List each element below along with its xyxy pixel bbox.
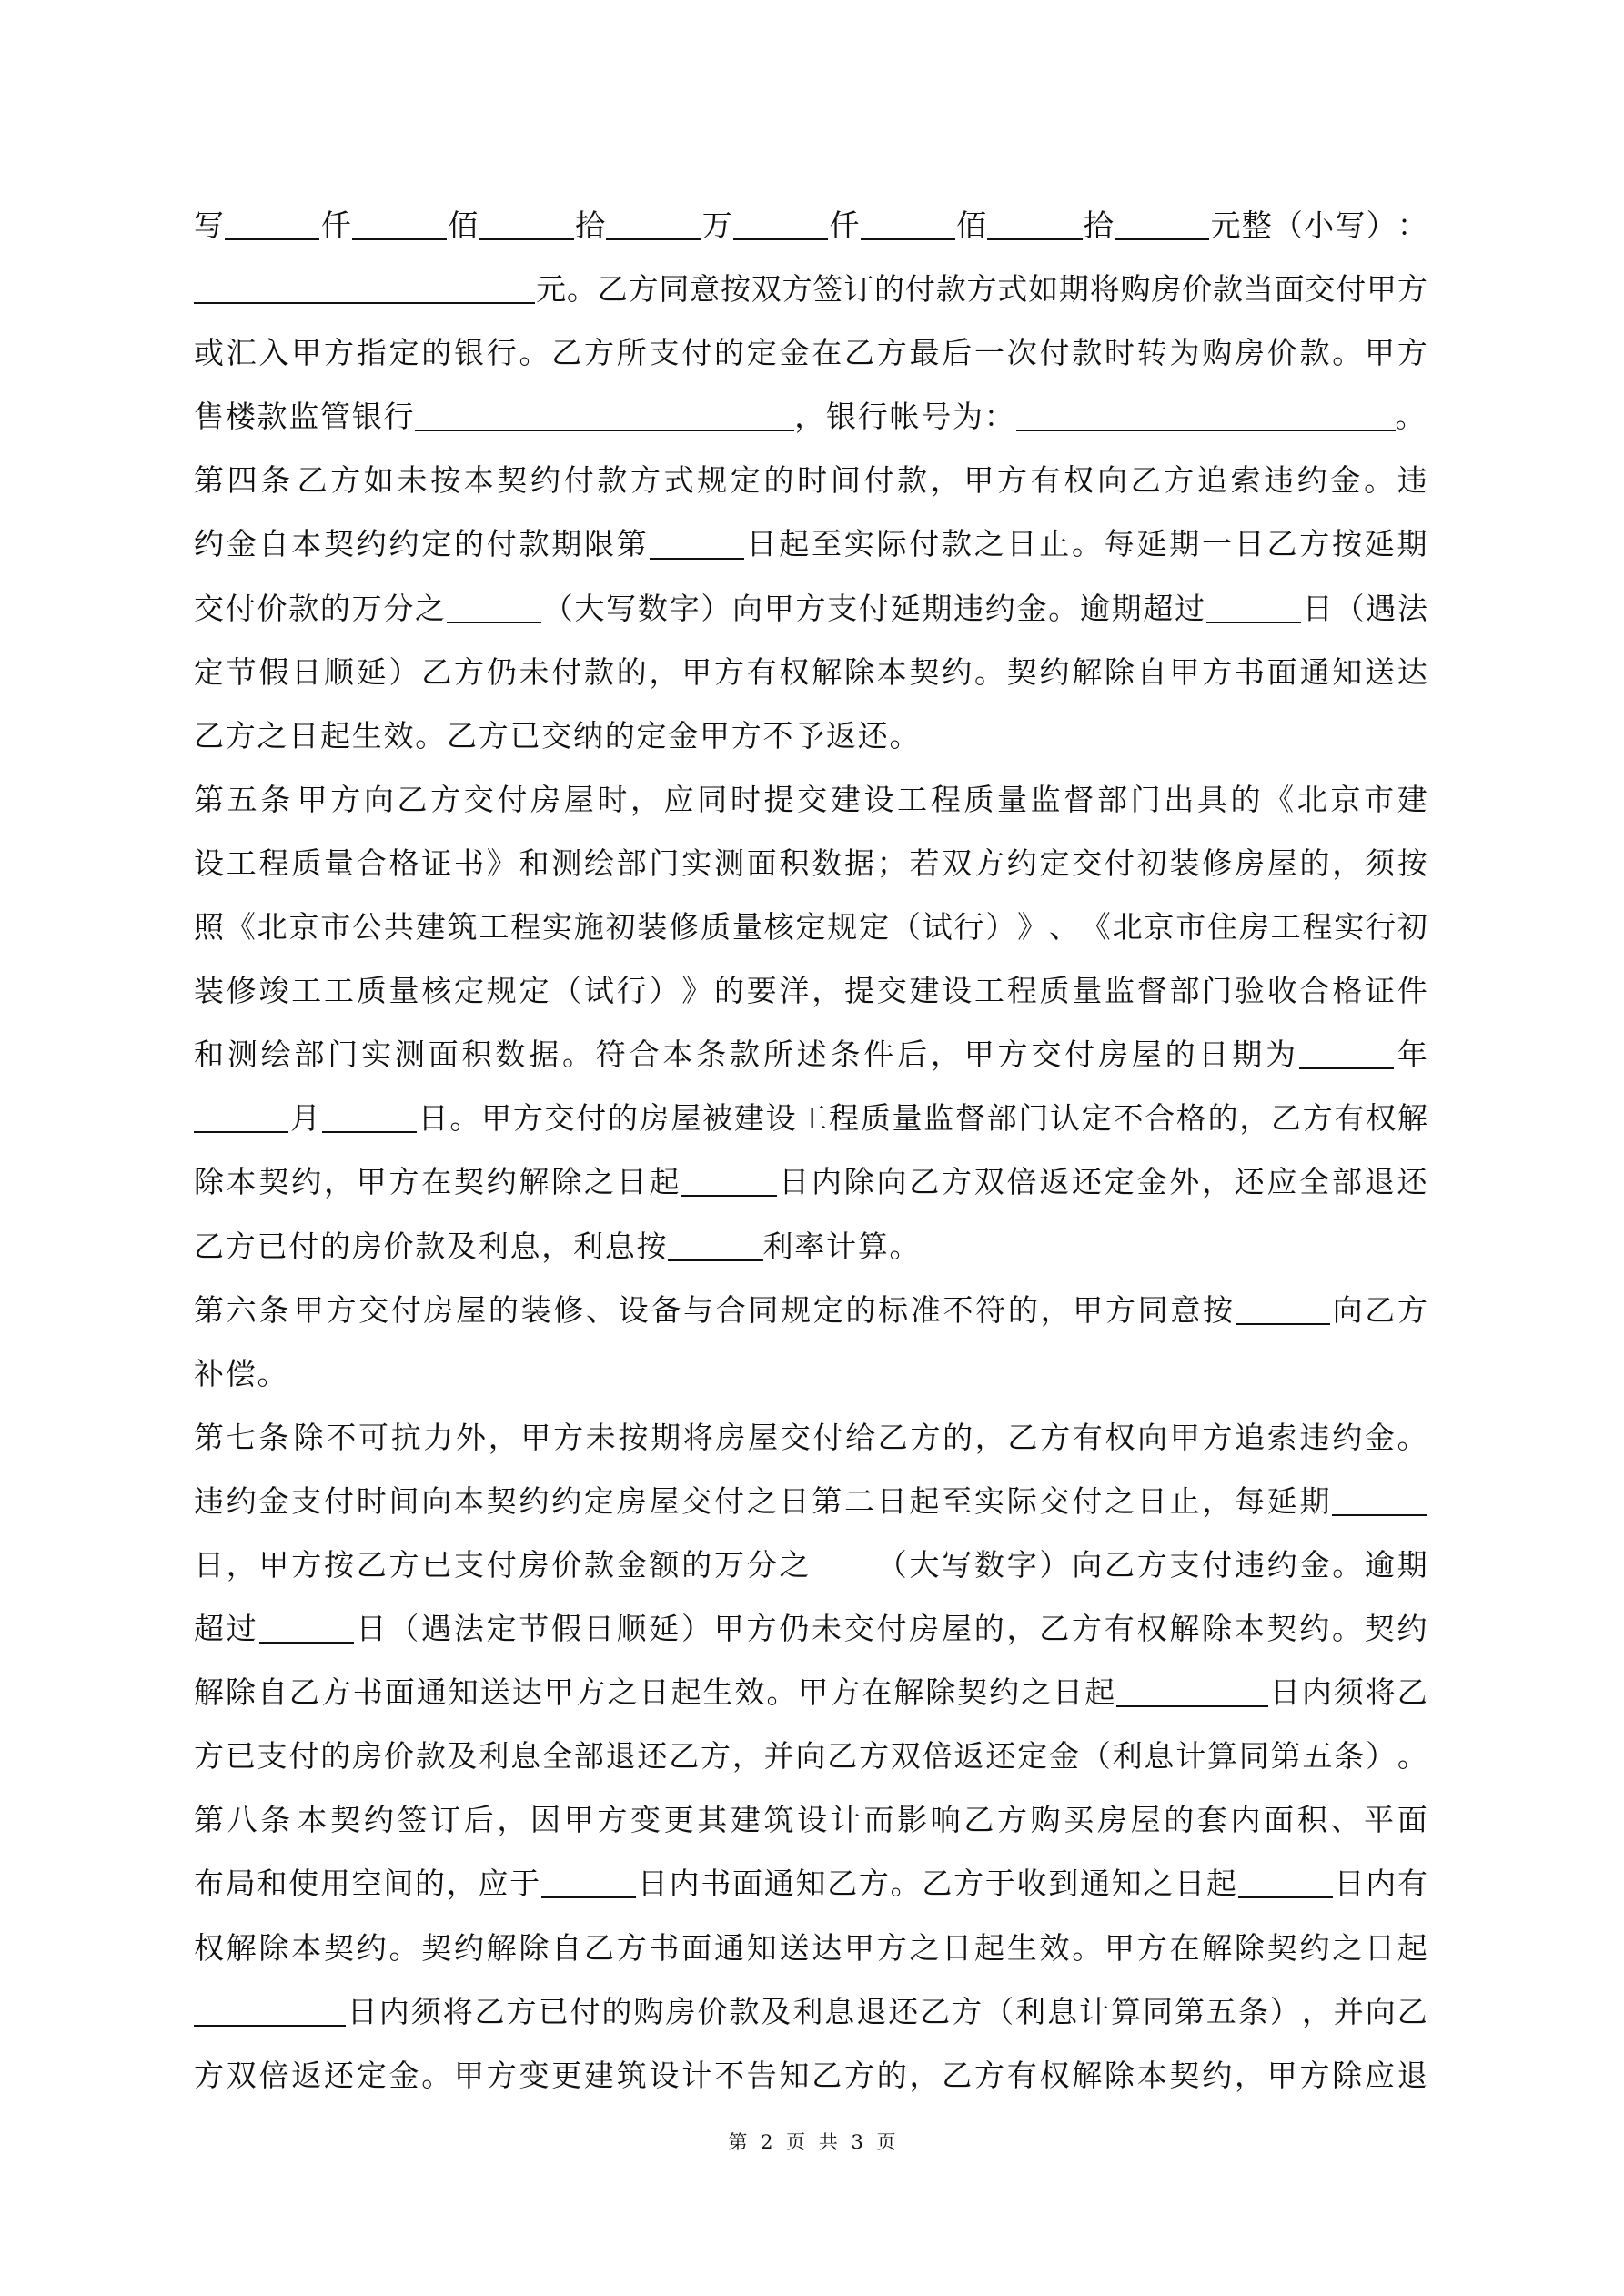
text-char: 交 [781, 1406, 811, 1470]
fill-in-blank[interactable] [1236, 1323, 1330, 1325]
text-char: 双 [227, 2044, 257, 2108]
text-char: 面 [732, 1852, 762, 1916]
fill-in-blank[interactable] [479, 238, 574, 240]
text-char: 付 [905, 258, 935, 321]
text-char: 生 [703, 1661, 733, 1725]
text-char: 日 [584, 1597, 614, 1661]
text-char: 。 [1364, 449, 1394, 512]
text-char: 于 [509, 1852, 540, 1916]
text-char: 购 [1121, 258, 1151, 321]
text-char: 止 [1170, 1470, 1200, 1533]
text-char: 甲 [520, 1406, 550, 1470]
fill-in-blank[interactable] [1115, 238, 1209, 240]
text-char: 银 [826, 385, 858, 449]
text-char: 外 [456, 1406, 486, 1470]
text-char: 的 [605, 704, 637, 768]
text-char: 期 [1397, 512, 1427, 576]
fill-in-blank[interactable] [352, 238, 447, 240]
text-char: 甲 [564, 1788, 594, 1852]
text-char: 转 [1137, 321, 1167, 385]
text-char: 日 [288, 704, 320, 768]
text-char: 后 [464, 1788, 494, 1852]
fill-in-blank[interactable] [650, 558, 744, 560]
text-char: 签 [812, 258, 842, 321]
text-char: 自 [257, 1661, 287, 1725]
text-char: 契 [487, 1470, 517, 1533]
text-char: 筑 [448, 895, 478, 959]
text-char: 金 [668, 704, 700, 768]
text-char: 。 [389, 1917, 419, 1980]
text-char: 实 [974, 1470, 1004, 1533]
text-char: 试 [584, 959, 614, 1023]
text-char: 日 [348, 1980, 378, 2044]
text-char: 法 [1397, 577, 1427, 641]
text-char: 六 [227, 1279, 257, 1342]
text-char: 工 [479, 895, 509, 959]
text-char: 契 [1007, 641, 1037, 704]
text-char: 还 [324, 2044, 354, 2108]
text-char: 权 [1137, 1597, 1167, 1661]
text-char: 核 [764, 895, 794, 959]
text-char: 实 [1334, 895, 1364, 959]
text-char: 除 [551, 1150, 581, 1214]
text-char: 设 [650, 2044, 680, 2108]
fill-in-blank[interactable] [733, 238, 828, 240]
text-char: 契 [1267, 1597, 1297, 1661]
text-char: 息 [510, 1725, 540, 1788]
text-line: 除本契约，甲方在契约解除之日起日内除向乙方双倍返还定金外，还应全部退还 [194, 1150, 1427, 1214]
text-char: 算 [1111, 1980, 1141, 2044]
text-char: 日 [194, 1533, 224, 1597]
text-char: 期 [1232, 1023, 1262, 1087]
text-char: 按 [324, 1533, 354, 1597]
fill-in-blank[interactable] [1206, 622, 1301, 623]
text-char: 的 [415, 1852, 445, 1916]
text-char: 知 [780, 2044, 810, 2108]
text-char: 设 [766, 1087, 796, 1150]
text-char: 房 [424, 1279, 454, 1342]
text-char: 拾 [1084, 194, 1114, 258]
text-char: 生 [352, 704, 384, 768]
fill-in-blank[interactable] [225, 238, 319, 240]
text-char: 合 [357, 832, 387, 895]
text-char: 方 [859, 1725, 889, 1788]
text-char: 方 [997, 1788, 1027, 1852]
text-char: 款 [730, 1023, 760, 1087]
text-char: 空 [352, 1852, 382, 1916]
text-char: 。 [415, 704, 447, 768]
text-char: 用 [320, 1852, 350, 1916]
text-char: 乙 [942, 2044, 972, 2108]
text-char: 方 [513, 1087, 543, 1150]
text-char: 约 [194, 512, 224, 576]
text-char: 方 [1137, 1533, 1167, 1597]
text-char: 内 [379, 1980, 409, 2044]
text-char: 七 [227, 1406, 257, 1470]
text-char: 。 [1332, 1533, 1362, 1597]
text-char: 条 [830, 1023, 860, 1087]
text-char: 退 [1397, 2044, 1427, 2108]
fill-in-blank[interactable] [447, 622, 541, 623]
text-char: 方 [1040, 1406, 1070, 1470]
text-char: 同 [1239, 1725, 1269, 1788]
fill-in-blank[interactable] [322, 1131, 417, 1133]
fill-in-blank[interactable] [194, 302, 535, 304]
text-char: 交 [877, 959, 907, 1023]
text-char: 。 [891, 1852, 921, 1916]
text-char: 变 [630, 1788, 661, 1852]
text-char: 京 [1330, 768, 1360, 832]
text-char: 契 [910, 641, 940, 704]
text-char: 除 [259, 1917, 289, 1980]
fill-in-blank[interactable] [541, 1896, 636, 1898]
text-char: 甲 [294, 1279, 324, 1342]
text-char: 甲 [544, 1661, 574, 1725]
text-char: ； [877, 832, 907, 895]
text-char: 假 [551, 1597, 581, 1661]
text-char: 顺 [617, 1597, 647, 1661]
text-char: 偿 [226, 1342, 257, 1406]
text-char: 银 [352, 385, 384, 449]
text-line: 写仟佰拾万仟佰拾元整（小写）： [194, 194, 1427, 258]
text-char: 约 [530, 449, 560, 512]
text-char: 付 [288, 1215, 320, 1279]
text-char: 逾 [1080, 577, 1110, 641]
text-char: 设 [619, 1279, 649, 1342]
text-char: 还 [1397, 1150, 1427, 1214]
text-char: 方 [291, 1533, 321, 1597]
text-char: 契 [1170, 2044, 1200, 2108]
text-char: 约 [1297, 449, 1327, 512]
text-char: 付 [551, 641, 581, 704]
text-char: 部 [617, 832, 647, 895]
text-line: 照《北京市公共建筑工程实施初装修质量核定规定（试行）》、《北京市住房工程实行初 [194, 895, 1427, 959]
text-char: 量 [997, 768, 1027, 832]
text-char: 条 [258, 1406, 288, 1470]
text-char: 书 [1235, 641, 1265, 704]
text-char: 起 [1084, 1661, 1115, 1725]
fill-in-blank[interactable] [194, 1131, 288, 1133]
fill-in-blank[interactable] [1238, 1896, 1333, 1898]
text-char: 按 [618, 1406, 648, 1470]
text-char: 间 [389, 1470, 419, 1533]
text-char: 款 [415, 1215, 447, 1279]
text-char: 利 [792, 1980, 822, 2044]
text-char: 日 [942, 1917, 972, 1980]
text-char: （ [543, 577, 573, 641]
text-char: 书 [650, 1917, 680, 1980]
text-char: （ [551, 959, 581, 1023]
text-char: ， [812, 959, 842, 1023]
fill-in-blank[interactable] [194, 2025, 346, 2027]
fill-in-blank[interactable] [668, 1259, 762, 1261]
text-char: 违 [953, 577, 983, 641]
text-char: 已 [510, 704, 542, 768]
text-char: 之 [910, 1917, 940, 1980]
text-char: 督 [1137, 959, 1167, 1023]
text-char: 起 [974, 1917, 1004, 1980]
text-char: 方 [326, 1279, 356, 1342]
text-char: 分 [747, 1533, 777, 1597]
text-char: 自 [1137, 641, 1167, 704]
text-char: 内 [1366, 1852, 1396, 1916]
text-char: 约 [519, 1470, 550, 1533]
text-char: 而 [863, 1788, 893, 1852]
text-char: 款 [416, 1725, 446, 1788]
text-char: 向 [421, 1470, 451, 1533]
fill-in-blank[interactable] [1016, 430, 1396, 431]
text-char: 约 [1300, 1917, 1330, 1980]
text-char: 式 [997, 258, 1027, 321]
text-char: 未 [519, 641, 550, 704]
fill-in-blank[interactable] [1332, 1514, 1427, 1516]
text-char: 起 [320, 704, 352, 768]
text-char: 向 [1366, 1980, 1396, 2044]
text-char: 乙 [1271, 1087, 1301, 1150]
text-char: 本 [227, 1150, 257, 1214]
text-char: 之 [608, 1661, 638, 1725]
text-char: 市 [1364, 768, 1394, 832]
text-char: 方 [194, 2044, 224, 2108]
text-char: 补 [194, 1342, 226, 1406]
text-char: 购 [1031, 1788, 1061, 1852]
text-char: 超 [194, 1597, 224, 1661]
text-char: 日 [419, 1087, 449, 1150]
text-char: 期 [551, 512, 581, 576]
text-char: 定 [454, 959, 484, 1023]
text-char: 款 [519, 512, 550, 576]
text-char: 权 [1366, 1087, 1396, 1150]
text-char: 乙 [909, 1150, 939, 1214]
text-char: 的 [714, 321, 744, 385]
text-char: 方 [731, 704, 763, 768]
text-char: 逾 [1365, 1533, 1395, 1597]
text-char: 起 [671, 1661, 701, 1725]
text-char: 向 [1333, 1279, 1363, 1342]
text-char: 违 [194, 1470, 224, 1533]
text-char: ） [1367, 194, 1397, 258]
text-char: 付 [570, 1980, 600, 2044]
text-char: 更 [664, 1788, 694, 1852]
text-char: ， [447, 1852, 477, 1916]
text-char: 。 [421, 2044, 451, 2108]
text-char: 支 [257, 1725, 287, 1788]
text-char: 工 [324, 959, 354, 1023]
text-char: 返 [1039, 1150, 1069, 1214]
text-char: 实 [542, 895, 572, 959]
text-char: 指 [357, 321, 387, 385]
text-char: 解 [487, 1917, 517, 1980]
text-char: 程 [510, 895, 540, 959]
text-char: 乙 [357, 1533, 387, 1597]
text-char: 价 [384, 1215, 416, 1279]
text-char: 价 [1182, 258, 1212, 321]
text-line: 方已支付的房价款及利息全部退还乙方，并向乙方双倍返还定金（利息计算同第五条）。 [194, 1725, 1427, 1788]
text-char: 按 [1332, 512, 1362, 576]
text-char: 程 [829, 1087, 859, 1150]
text-char: 乙 [598, 258, 628, 321]
text-char: 设 [942, 959, 972, 1023]
text-char: 于 [985, 1852, 1015, 1916]
text-char: 元 [1211, 194, 1241, 258]
text-char: 绘 [584, 832, 614, 895]
text-char: 日 [1235, 512, 1265, 576]
text-char: 生 [1007, 1917, 1037, 1980]
text-line: 约金自本契约约定的付款期限第日起至实际付款之日止。每延期一日乙方按延期 [194, 512, 1427, 576]
text-char: 内 [812, 1150, 842, 1214]
text-char: 》 [487, 832, 517, 895]
text-char: 甲 [291, 321, 321, 385]
text-char: 绘 [261, 1023, 291, 1087]
text-line: 第六条 甲方交付房屋的装修、设备与合同规定的标准不符的，甲方同意按向乙方 [194, 1279, 1427, 1342]
text-char: 违 [1300, 1406, 1330, 1470]
text-char: 日 [1270, 1661, 1300, 1725]
text-char: 及 [761, 1980, 791, 2044]
text-char: 定 [1040, 832, 1070, 895]
fill-in-blank[interactable] [259, 1642, 354, 1644]
text-char: 行 [1366, 895, 1396, 959]
text-char: 方 [1105, 1279, 1135, 1342]
text-char: 双 [751, 258, 782, 321]
text-char: 契 [421, 1917, 451, 1980]
text-char: （ [1335, 577, 1365, 641]
text-char: 解 [812, 641, 842, 704]
text-char: 筑 [617, 2044, 647, 2108]
text-char: 付 [1202, 1533, 1232, 1597]
text-char: 面 [681, 1917, 711, 1980]
text-char: 日 [779, 1150, 809, 1214]
text-char: 方 [1202, 641, 1232, 704]
text-char: 之 [415, 577, 445, 641]
text-char: 追 [1235, 1406, 1265, 1470]
text-char: 方 [617, 1917, 647, 1980]
text-char: 。 [1397, 1725, 1427, 1788]
text-char: 解 [1202, 1917, 1232, 1980]
contract-body: 写仟佰拾万仟佰拾元整（小写）：元。乙方同意按双方签订的付款方式如期将购房价款当面… [194, 194, 1427, 2108]
text-char: 写 [942, 1533, 972, 1597]
fill-in-blank[interactable] [861, 238, 955, 240]
text-char: ， [931, 449, 961, 512]
text-char: 付 [487, 1533, 517, 1597]
text-char: 价 [384, 1725, 414, 1788]
text-char: 第 [194, 449, 224, 512]
text-char: 规 [487, 959, 517, 1023]
text-char: 不 [326, 1406, 356, 1470]
text-char: 方 [507, 1980, 537, 2044]
text-char: 约 [551, 1470, 581, 1533]
text-char: 装 [521, 1279, 551, 1342]
text-char: 应 [1365, 2044, 1395, 2108]
text-char: 布 [194, 1852, 224, 1916]
text-char: 遇 [1366, 577, 1396, 641]
text-char: 约 [1267, 1533, 1297, 1597]
text-char: 约 [1299, 1597, 1329, 1661]
text-char: 积 [1297, 1788, 1327, 1852]
text-char: 如 [364, 449, 394, 512]
fill-in-blank[interactable] [1116, 1705, 1268, 1707]
text-char: 方 [454, 641, 484, 704]
text-char: 付 [1336, 258, 1366, 321]
text-char: 公 [352, 895, 382, 959]
text-char: 格 [1176, 1087, 1206, 1150]
fill-in-blank[interactable] [606, 238, 701, 240]
text-char: 定 [357, 2044, 387, 2108]
text-char: 日 [291, 641, 321, 704]
text-char: 计 [831, 1788, 861, 1852]
text-char: 方 [226, 1215, 257, 1279]
text-char: 方 [1137, 1917, 1167, 1980]
text-char: 建 [831, 768, 861, 832]
text-char: 为 [953, 385, 984, 449]
text-char: 日 [1007, 512, 1037, 576]
text-char: 拾 [575, 194, 605, 258]
text-char: 违 [1397, 449, 1427, 512]
text-char: 第 [194, 1406, 224, 1470]
text-char: 计 [1079, 1980, 1109, 2044]
fill-in-blank[interactable] [1299, 1067, 1394, 1069]
text-char: 款 [936, 258, 966, 321]
text-char: 变 [519, 2044, 550, 2108]
text-char: 。 [974, 641, 1004, 704]
text-char: （ [388, 1597, 419, 1661]
text-char: 付 [324, 1470, 354, 1533]
text-char: 付 [1064, 1023, 1094, 1087]
text-char: 的 [421, 321, 451, 385]
text-line: 补偿。 [194, 1342, 1427, 1406]
text-line: 第五条 甲方向乙方交付房屋时，应同时提交建设工程质量监督部门出具的《北京市建 [194, 768, 1427, 832]
fill-in-blank[interactable] [415, 430, 794, 431]
text-char: 约 [454, 1917, 484, 1980]
text-char: 提 [844, 959, 874, 1023]
text-char: 权 [1040, 2044, 1070, 2108]
text-char: 除 [844, 641, 874, 704]
text-char: 方 [479, 704, 510, 768]
text-char: 交 [194, 577, 224, 641]
text-char: 写 [606, 577, 636, 641]
text-char: 当 [1244, 258, 1274, 321]
text-char: 影 [897, 1788, 927, 1852]
text-char: 日 [780, 1470, 810, 1533]
text-char: 甲 [700, 704, 731, 768]
fill-in-blank[interactable] [987, 238, 1082, 240]
text-char: 、 [1049, 895, 1079, 959]
text-char: 款 [1213, 258, 1243, 321]
text-char: 部 [574, 1725, 604, 1788]
text-char: 仟 [321, 194, 351, 258]
text-char: 知 [1112, 1852, 1142, 1916]
text-char: 算 [1207, 1725, 1237, 1788]
text-char: 方 [226, 704, 257, 768]
text-char: 的 [617, 641, 647, 704]
fill-in-blank[interactable] [681, 1195, 776, 1197]
text-char: 甲 [1170, 1406, 1200, 1470]
text-char: 约 [1332, 1406, 1362, 1470]
text-char: 款 [942, 512, 972, 576]
text-char: 面 [1264, 1788, 1294, 1852]
text-char: ， [497, 1788, 527, 1852]
text-char: 后 [897, 1023, 927, 1087]
text-char: 还 [888, 1980, 918, 2044]
text-char: 乙 [194, 1215, 226, 1279]
text-char: 付 [812, 1406, 842, 1470]
text-char: 八 [227, 1788, 257, 1852]
text-char: ） [985, 895, 1015, 959]
text-char: 合 [1145, 1087, 1175, 1150]
text-char: 证 [421, 832, 451, 895]
text-char: 甲 [844, 1917, 874, 1980]
text-char: 将 [1366, 1661, 1396, 1725]
text-char: 还 [985, 1725, 1015, 1788]
